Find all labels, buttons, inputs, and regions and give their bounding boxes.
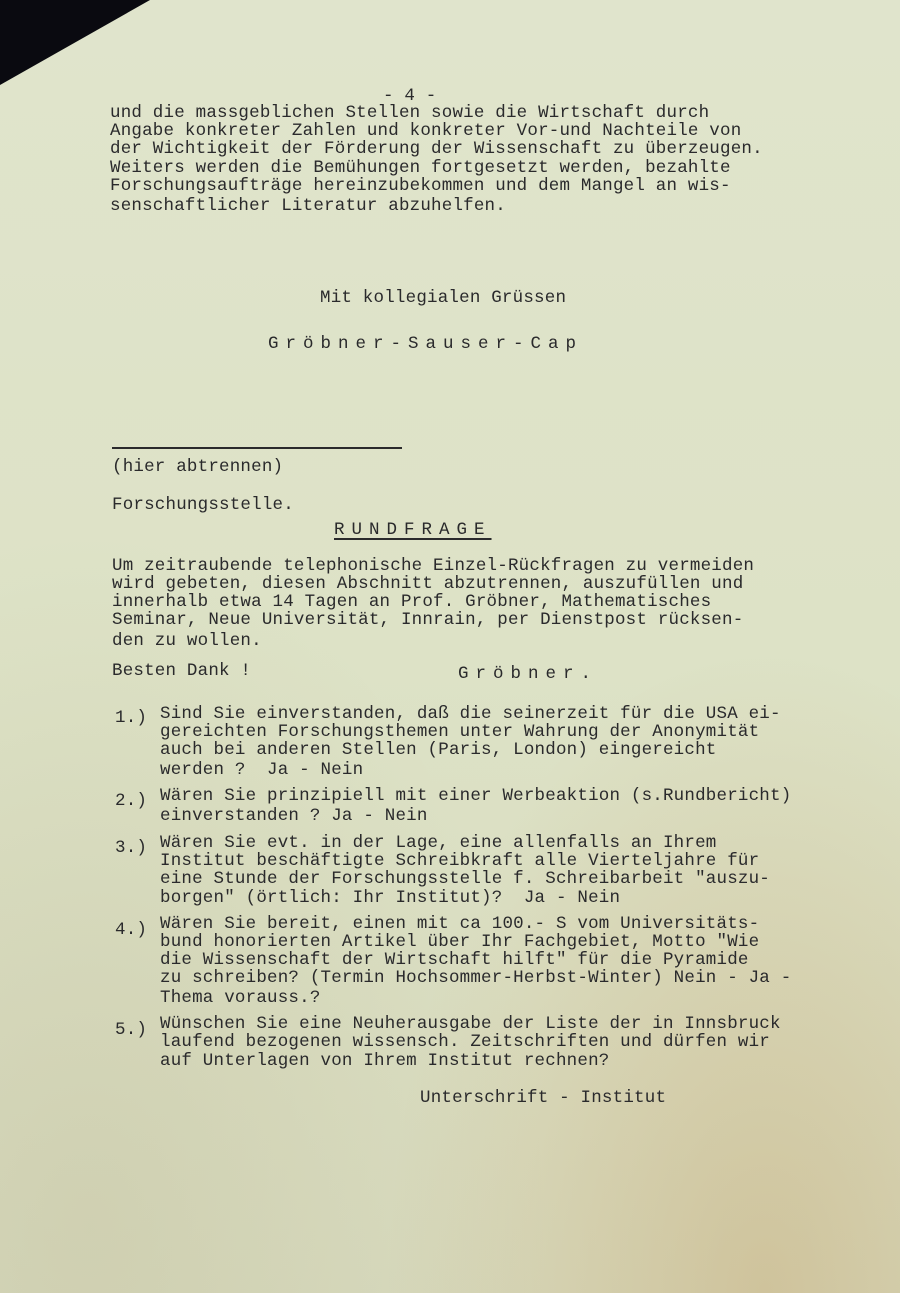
question-line: Wären Sie prinzipiell mit einer Werbeakt… <box>160 787 791 805</box>
question-line: einverstanden ? Ja - Nein <box>160 807 428 825</box>
signatories: Gröbner-Sauser-Cap <box>268 335 583 353</box>
question-line: werden ? Ja - Nein <box>160 761 363 779</box>
intro-line: Weiters werden die Bemühungen fortgesetz… <box>110 159 731 177</box>
intro-line: Forschungsaufträge hereinzubekommen und … <box>110 177 731 195</box>
question-line: Wären Sie bereit, einen mit ca 100.- S v… <box>160 915 759 933</box>
question-number: 5.) <box>115 1021 147 1039</box>
question-line: die Wissenschaft der Wirtschaft hilft" f… <box>160 951 749 969</box>
question-line: eine Stunde der Forschungsstelle f. Schr… <box>160 870 770 888</box>
question-line: gereichten Forschungsthemen unter Wahrun… <box>160 723 759 741</box>
question-line: Wären Sie evt. in der Lage, eine allenfa… <box>160 834 717 852</box>
form-title: RUNDFRAGE <box>334 521 492 539</box>
question-number: 2.) <box>115 792 147 810</box>
question-line: laufend bezogenen wissensch. Zeitschrift… <box>160 1033 770 1051</box>
intro-line: senschaftlicher Literatur abzuhelfen. <box>110 197 506 215</box>
question-line: bund honorierten Artikel über Ihr Fachge… <box>160 933 759 951</box>
sender-label: Forschungsstelle. <box>112 496 294 514</box>
closing-greeting: Mit kollegialen Grüssen <box>320 289 566 307</box>
question-number: 1.) <box>115 709 147 727</box>
thanks-text: Besten Dank ! <box>112 662 251 680</box>
question-line: Institut beschäftigte Schreibkraft alle … <box>160 852 759 870</box>
question-line: auf Unterlagen von Ihrem Institut rechne… <box>160 1052 609 1070</box>
intro-line: Angabe konkreter Zahlen und konkreter Vo… <box>110 122 741 140</box>
form-intro-line: den zu wollen. <box>112 632 262 650</box>
question-line: Thema vorauss.? <box>160 989 321 1007</box>
question-number: 4.) <box>115 921 147 939</box>
question-line: Wünschen Sie eine Neuherausgabe der List… <box>160 1015 781 1033</box>
intro-line: und die massgeblichen Stellen sowie die … <box>110 104 709 122</box>
cut-line <box>112 447 402 449</box>
cut-note: (hier abtrennen) <box>112 458 283 476</box>
form-intro-line: Seminar, Neue Universität, Innrain, per … <box>112 611 743 629</box>
intro-line: der Wichtigkeit der Förderung der Wissen… <box>110 140 763 158</box>
signature-line: Unterschrift - Institut <box>420 1089 666 1107</box>
question-number: 3.) <box>115 839 147 857</box>
question-line: auch bei anderen Stellen (Paris, London)… <box>160 741 717 759</box>
question-line: zu schreiben? (Termin Hochsommer-Herbst-… <box>160 969 791 987</box>
form-intro-line: wird gebeten, diesen Abschnitt abzutrenn… <box>112 575 743 593</box>
question-line: borgen" (örtlich: Ihr Institut)? Ja - Ne… <box>160 889 620 907</box>
form-intro-line: innerhalb etwa 14 Tagen an Prof. Gröbner… <box>112 593 711 611</box>
question-line: Sind Sie einverstanden, daß die seinerze… <box>160 705 781 723</box>
form-intro-line: Um zeitraubende telephonische Einzel-Rüc… <box>112 557 754 575</box>
form-signer: Gröbner. <box>458 665 598 683</box>
